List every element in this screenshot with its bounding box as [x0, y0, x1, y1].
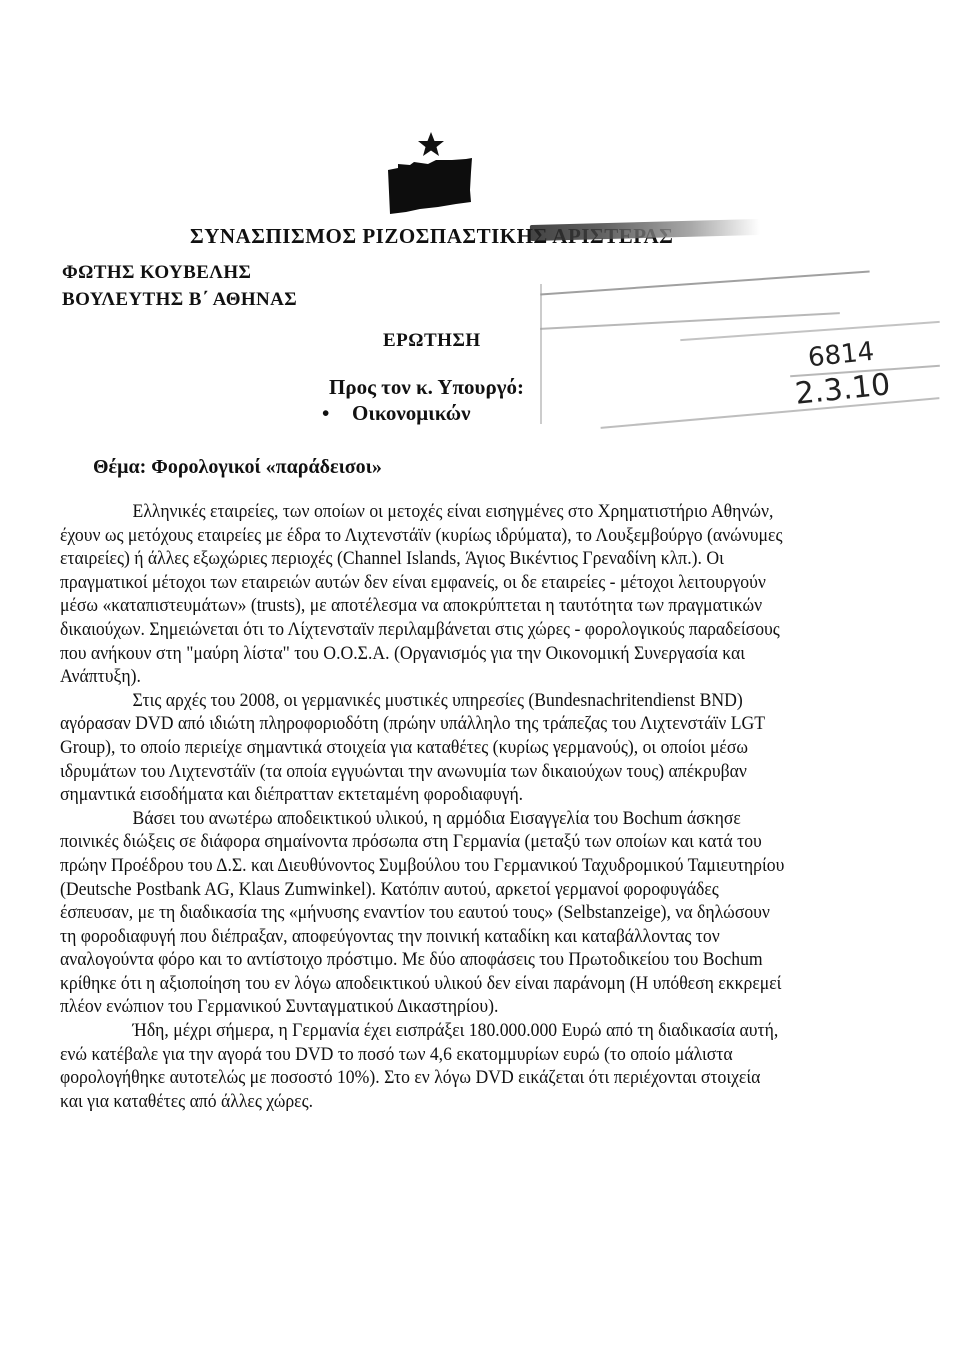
ministry-name: Οικονομικών [352, 401, 470, 425]
mp-name: ΦΩΤΗΣ ΚΟΥΒΕΛΗΣ [62, 262, 251, 284]
paragraph: Ήδη, μέχρι σήμερα, η Γερμανία έχει εισπρ… [60, 1019, 785, 1113]
paragraph: Βάσει του ανωτέρω αποδεικτικού υλικού, η… [60, 807, 785, 1019]
recipient-label: Προς τον κ. Υπουργό: [329, 375, 524, 400]
party-logo-icon [376, 132, 486, 218]
scan-smear [530, 219, 760, 241]
registration-stamp: 6814 2.3.10 [540, 262, 950, 437]
paragraph: Ελληνικές εταιρείες, των οποίων οι μετοχ… [60, 500, 785, 689]
mp-title: ΒΟΥΛΕΥΤΗΣ Β΄ ΑΘΗΝΑΣ [62, 289, 297, 311]
ministry-item: •Οικονομικών [322, 401, 470, 426]
body-text: Ελληνικές εταιρείες, των οποίων οι μετοχ… [60, 500, 785, 1113]
paragraph: Στις αρχές του 2008, οι γερμανικές μυστι… [60, 689, 785, 807]
stamp-protocol-number: 6814 [807, 337, 876, 374]
bullet-icon: • [322, 401, 352, 426]
document-type: ΕΡΩΤΗΣΗ [383, 330, 481, 352]
flag-icon [388, 158, 472, 214]
star-icon [418, 132, 444, 156]
subject-line: Θέμα: Φορολογικοί «παράδεισοι» [93, 456, 382, 479]
